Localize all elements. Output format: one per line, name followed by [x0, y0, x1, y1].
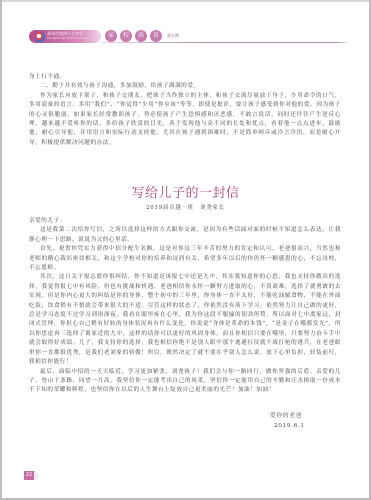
page-frame-left — [0, 0, 2, 500]
letter-date: 2019.6.1 — [270, 421, 305, 431]
school-logo-icon — [35, 32, 45, 42]
letter-signature: 爱你的老爸 — [270, 411, 305, 421]
letter-title: 写给儿子的一封信 — [0, 182, 371, 201]
column-char-circle: 校 — [120, 30, 132, 42]
column-char-circle: 育 — [150, 30, 162, 42]
article-paragraph: 二、勤于并有效与孩子沟通，多加鼓励，给孩子满满的爱。 — [29, 82, 341, 91]
school-banner: 郑州市第四十七中学 Zhengzhou No.47 Middle School — [29, 30, 101, 43]
school-name-en: Zhengzhou No.47 Middle School — [47, 37, 87, 40]
page-header: 郑州市第四十七中学 Zhengzhou No.47 Middle School … — [29, 30, 349, 44]
letter-signature-block: 爱你的老爸 2019.6.1 — [270, 411, 305, 431]
school-name: 郑州市第四十七中学 — [47, 31, 83, 36]
letter-paragraph: 首先，祝贺你凭实力获得中招分配生名额，这是对你这三年辛苦的努力的肯定和认可，老爸… — [29, 245, 341, 273]
article-continuation: 身上行不通。 二、勤于并有效与孩子沟通，多加鼓励，给孩子满满的爱。 作为家长应放… — [29, 73, 341, 148]
issue-label: 第五期 — [167, 33, 179, 39]
column-title: 家 校 共 育 第五期 — [105, 30, 179, 42]
letter-greeting: 亲爱的儿子： — [29, 217, 341, 226]
letter-body: 亲爱的儿子： 这是我第二次给你写信，之所以选择这样的方式跟你交流，是因为有些话面… — [29, 217, 341, 396]
page-number-tab — [34, 471, 39, 480]
page-frame-top — [0, 0, 371, 2]
letter-paragraph: 这是我第二次给你写信，之所以选择这样的方式跟你交流，是因为有些话面对面的时候不知… — [29, 226, 341, 245]
article-paragraph: 身上行不通。 — [29, 73, 341, 82]
letter-byline: 2019届卓越一班 刘尧家长 — [0, 203, 371, 211]
article-paragraph: 作为家长应放下架子，和孩子交朋友，把孩子当作独立的主体，和孩子交流尽量放下身子，… — [29, 92, 341, 148]
letter-paragraph: 最后，面临中招的一天天临近，学习更加紧张，刘尧孩子！我们会与你一路同行，做你坚强… — [29, 368, 341, 396]
letter-paragraph: 其次，这日关于报志愿你很纠结，你不知道是该报七中还是九中，其实我知道你的心思，我… — [29, 273, 341, 367]
page-number: 22 — [24, 471, 34, 480]
column-char-circle: 共 — [135, 30, 147, 42]
header-divider — [101, 42, 349, 43]
column-char-circle: 家 — [105, 30, 117, 42]
